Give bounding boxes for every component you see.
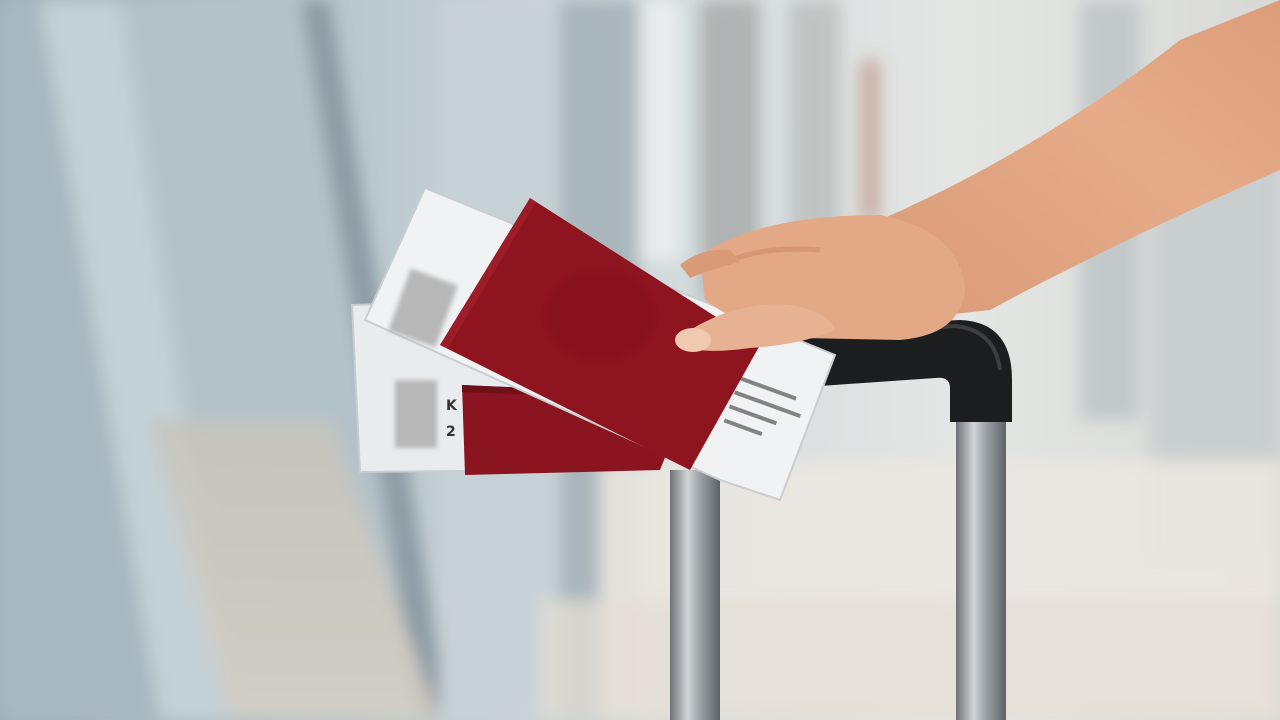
airport-travel-photo: K 2	[0, 0, 1280, 720]
svg-text:K: K	[446, 398, 458, 414]
svg-text:2: 2	[446, 424, 456, 440]
